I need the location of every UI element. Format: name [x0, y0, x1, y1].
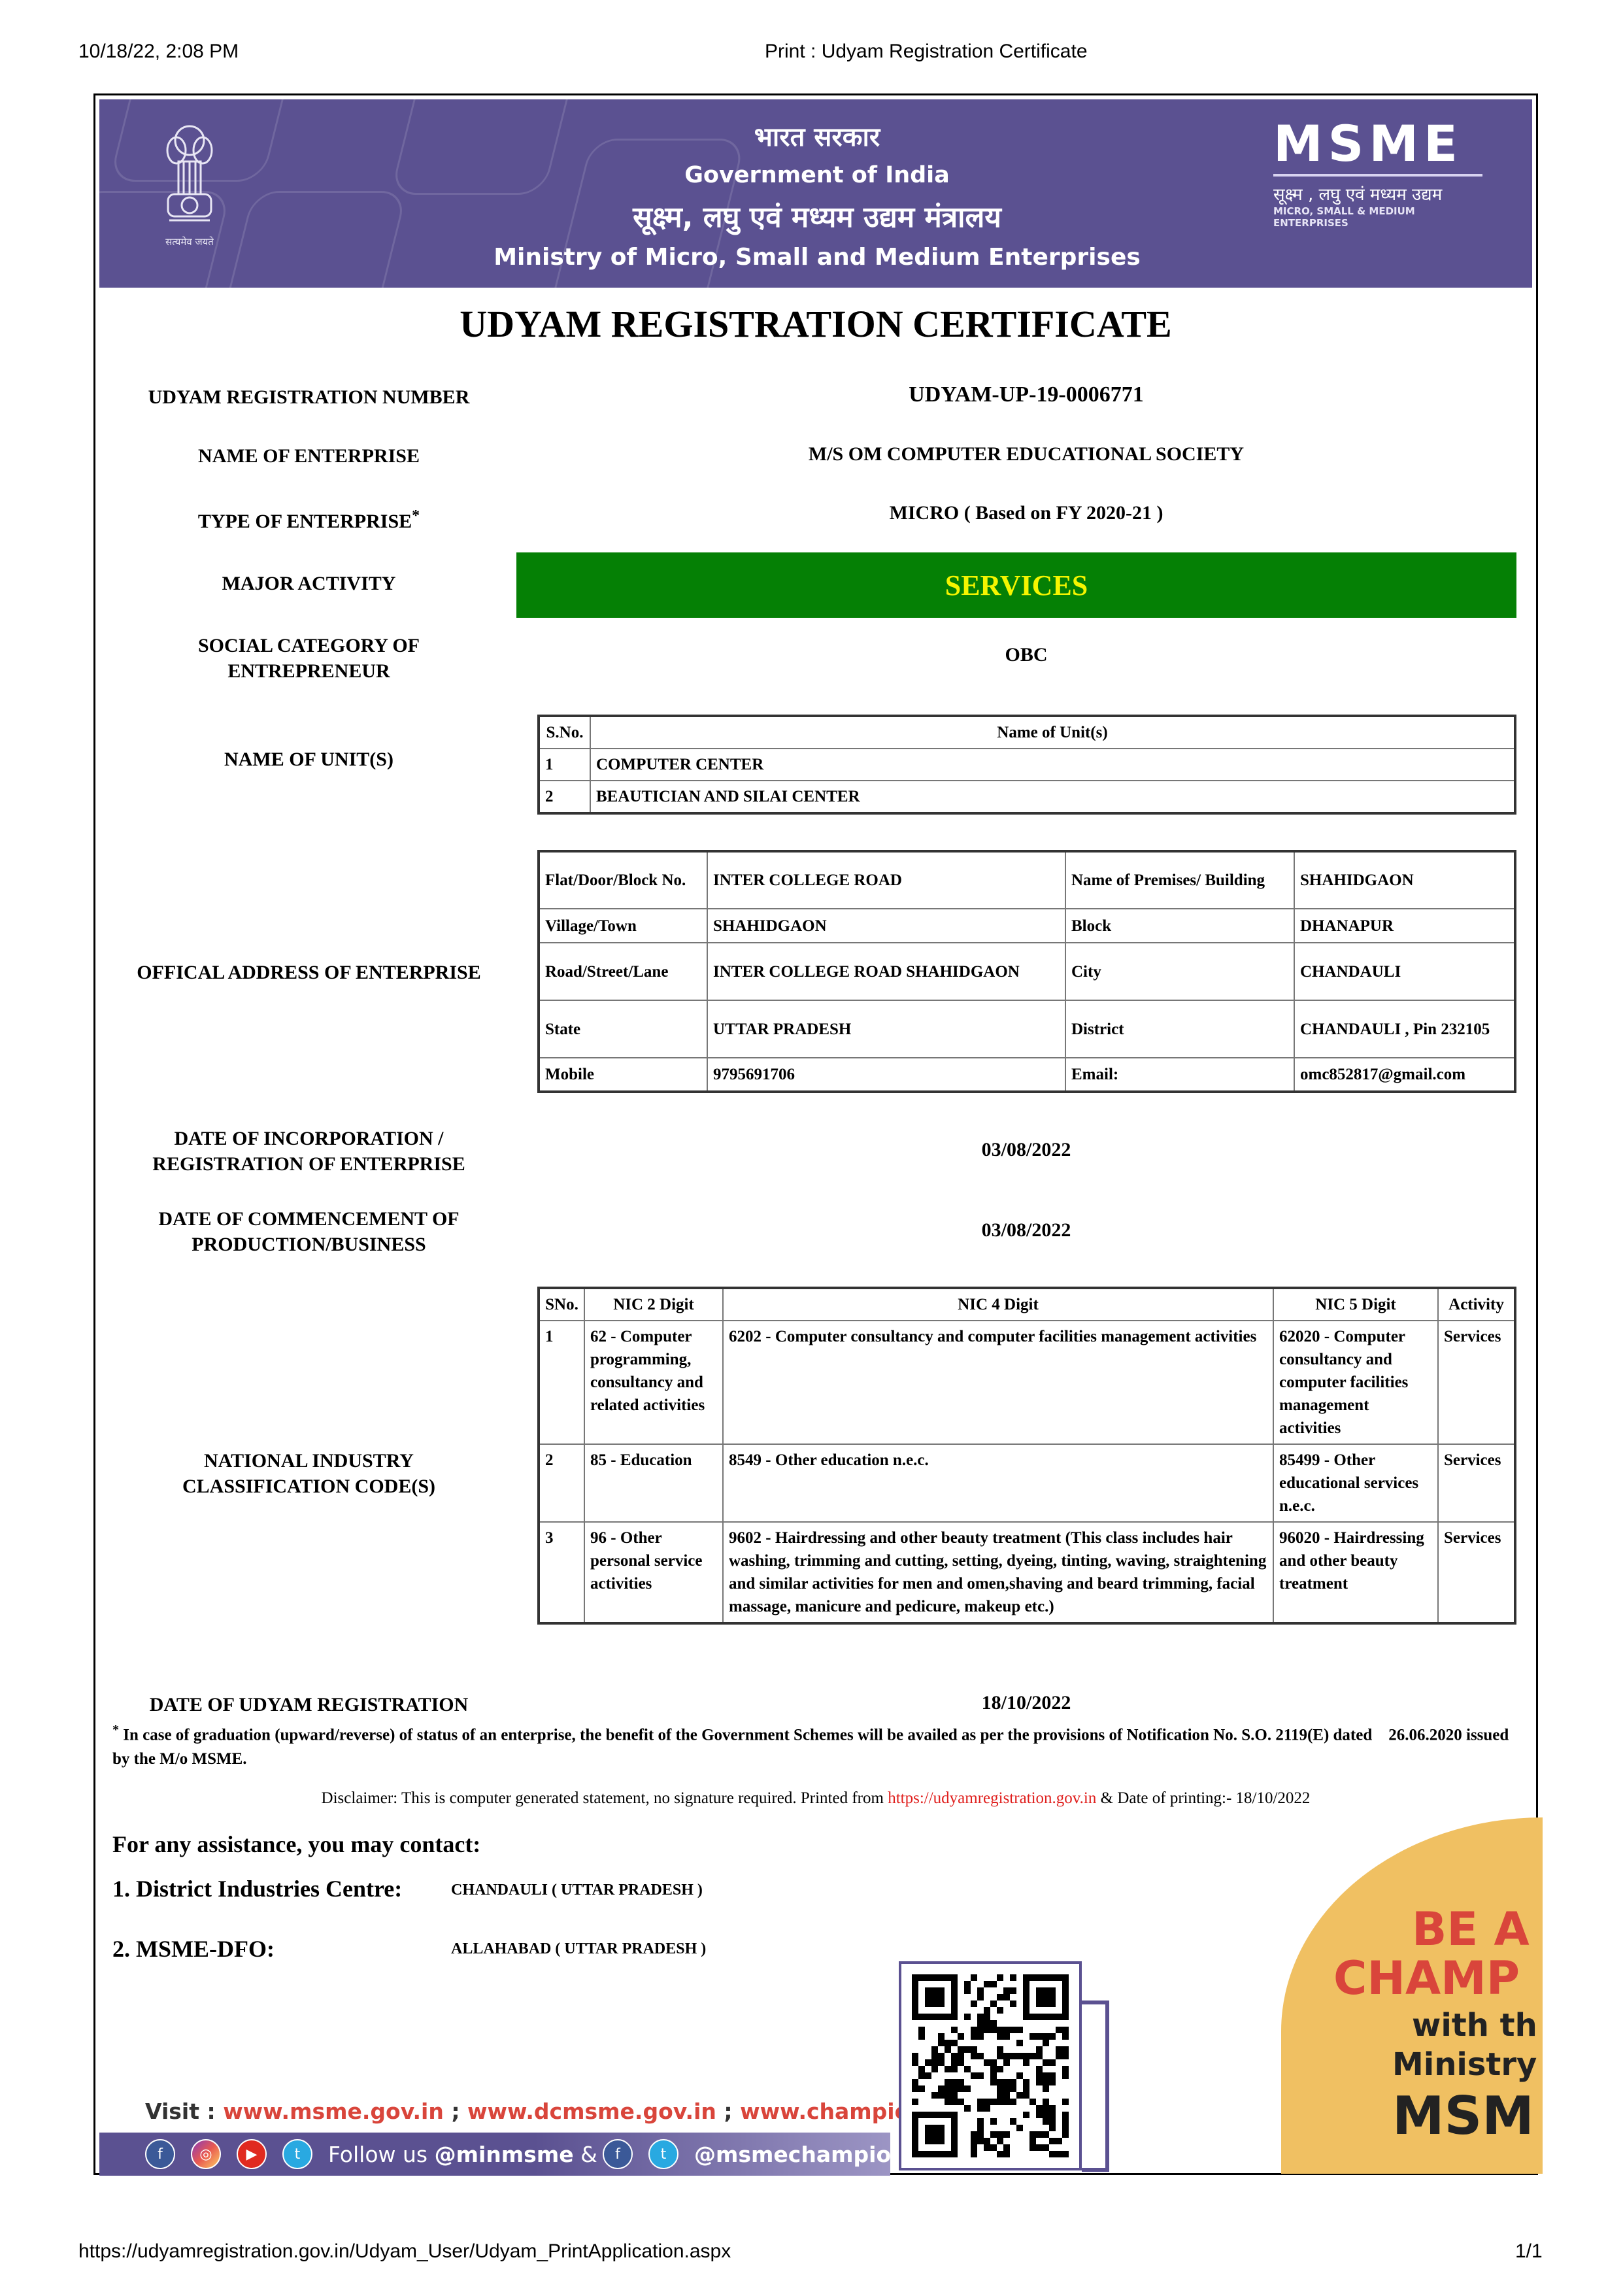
table-row: 2BEAUTICIAN AND SILAI CENTER	[539, 781, 1515, 813]
follow-text: Follow us @minmsme &	[328, 2142, 597, 2167]
address-field-label: Email:	[1065, 1058, 1294, 1092]
udyam-portal-link[interactable]: https://udyamregistration.gov.in	[888, 1789, 1096, 1807]
visit-sep: ;	[444, 2099, 467, 2124]
nic-activity: Services	[1438, 1522, 1515, 1623]
table-row: 162 - Computer programming, consultancy …	[539, 1321, 1515, 1444]
disclaimer: Disclaimer: This is computer generated s…	[93, 1789, 1538, 1808]
table-row: Mobile9795691706Email:omc852817@gmail.co…	[539, 1058, 1515, 1092]
unit-name: COMPUTER CENTER	[590, 749, 1515, 781]
follow-amp: &	[574, 2142, 597, 2167]
nic-2digit: 62 - Computer programming, consultancy a…	[584, 1321, 723, 1444]
footnote-marker: *	[112, 1723, 119, 1737]
disclaimer-prefix: Disclaimer: This is computer generated s…	[322, 1789, 888, 1807]
table-row: Flat/Door/Block No.INTER COLLEGE ROADNam…	[539, 851, 1515, 909]
nic-4digit: 9602 - Hairdressing and other beauty tre…	[723, 1522, 1273, 1623]
registration-number-value: UDYAM-UP-19-0006771	[516, 382, 1536, 407]
handle-minmsme[interactable]: @minmsme	[435, 2142, 574, 2167]
address-label: OFFICAL ADDRESS OF ENTERPRISE	[105, 960, 513, 985]
msme-logo: MSME सूक्ष्म , लघु एवं मध्यम उद्यम MICRO…	[1273, 118, 1482, 229]
units-table: S.No. Name of Unit(s) 1COMPUTER CENTER2B…	[537, 715, 1516, 815]
table-row: 396 - Other personal service activities9…	[539, 1522, 1515, 1623]
unit-sno: 2	[539, 781, 590, 813]
units-header-sno: S.No.	[539, 716, 590, 749]
udyam-date-label: DATE OF UDYAM REGISTRATION	[105, 1692, 513, 1717]
address-field-label: Block	[1065, 909, 1294, 943]
social-category-label-line1: SOCIAL CATEGORY OF	[105, 633, 513, 658]
footnote-text: In case of graduation (upward/reverse) o…	[112, 1726, 1513, 1768]
address-field-label: Village/Town	[539, 909, 707, 943]
address-field-value: SHAHIDGAON	[1294, 851, 1515, 909]
address-field-value: CHANDAULI	[1294, 943, 1515, 1000]
nic-4digit: 6202 - Computer consultancy and computer…	[723, 1321, 1273, 1444]
twitter-icon[interactable]: t	[282, 2139, 312, 2169]
major-activity-band: SERVICES	[516, 552, 1516, 618]
nic-activity: Services	[1438, 1321, 1515, 1444]
facebook-icon[interactable]: f	[603, 2139, 633, 2169]
social-category-label: SOCIAL CATEGORY OF ENTREPRENEUR	[105, 633, 513, 684]
nic-sno: 3	[539, 1522, 584, 1623]
commencement-date-label: DATE OF COMMENCEMENT OF PRODUCTION/BUSIN…	[105, 1206, 513, 1257]
handle-msmechampions[interactable]: @msmechampions	[694, 2142, 919, 2167]
msme-logo-letters: MSME	[1273, 118, 1482, 170]
print-footer-page: 1/1	[1515, 2240, 1543, 2263]
nic-header-4digit: NIC 4 Digit	[723, 1288, 1273, 1321]
nic-2digit: 85 - Education	[584, 1444, 723, 1522]
address-field-value: CHANDAULI , Pin 232105	[1294, 1000, 1515, 1058]
registration-number-label: UDYAM REGISTRATION NUMBER	[105, 384, 513, 410]
emblem-motto: सत्यमेव जयते	[160, 235, 219, 248]
dfo-label: 2. MSME-DFO:	[112, 1935, 275, 1963]
address-field-value: INTER COLLEGE ROAD SHAHIDGAON	[707, 943, 1065, 1000]
promo-line-1: BE A	[1412, 1902, 1530, 1956]
nic-header-sno: SNo.	[539, 1288, 584, 1321]
commencement-date-label-line2: PRODUCTION/BUSINESS	[105, 1232, 513, 1257]
table-row: 1COMPUTER CENTER	[539, 749, 1515, 781]
social-category-label-line2: ENTREPRENEUR	[105, 658, 513, 684]
follow-band: f ◎ ▶ t Follow us @minmsme & f t @msmech…	[99, 2133, 890, 2176]
banner-english-ministry: Ministry of Micro, Small and Medium Ente…	[490, 244, 1144, 271]
units-header-name: Name of Unit(s)	[590, 716, 1515, 749]
banner-hindi-gov: भारत सरकार	[490, 118, 1144, 154]
dfo-value: ALLAHABAD ( UTTAR PRADESH )	[451, 1940, 706, 1958]
address-field-label: State	[539, 1000, 707, 1058]
enterprise-type-label: TYPE OF ENTERPRISE*	[105, 503, 513, 534]
nic-sno: 2	[539, 1444, 584, 1522]
incorporation-date-label-line2: REGISTRATION OF ENTERPRISE	[105, 1151, 513, 1177]
promo-line-5: MSM	[1392, 2085, 1534, 2146]
msme-logo-rule	[1273, 174, 1482, 177]
address-field-label: Flat/Door/Block No.	[539, 851, 707, 909]
assistance-heading: For any assistance, you may contact:	[112, 1831, 480, 1858]
instagram-icon[interactable]: ◎	[191, 2139, 221, 2169]
address-field-label: Road/Street/Lane	[539, 943, 707, 1000]
address-field-value: SHAHIDGAON	[707, 909, 1065, 943]
nic-5digit: 85499 - Other educational services n.e.c…	[1273, 1444, 1438, 1522]
nic-label-line1: NATIONAL INDUSTRY	[105, 1448, 513, 1474]
nic-label: NATIONAL INDUSTRY CLASSIFICATION CODE(S)	[105, 1448, 513, 1499]
enterprise-type-value: MICRO ( Based on FY 2020-21 )	[516, 502, 1536, 524]
graduation-footnote: * In case of graduation (upward/reverse)…	[112, 1718, 1518, 1771]
table-row: Village/TownSHAHIDGAONBlockDHANAPUR	[539, 909, 1515, 943]
enterprise-name-label: NAME OF ENTERPRISE	[105, 443, 513, 469]
address-field-value: UTTAR PRADESH	[707, 1000, 1065, 1058]
msme-logo-english: MICRO, SMALL & MEDIUM ENTERPRISES	[1273, 205, 1482, 229]
address-field-value: omc852817@gmail.com	[1294, 1058, 1515, 1092]
nic-5digit: 62020 - Computer consultancy and compute…	[1273, 1321, 1438, 1444]
promo-line-4: Ministry	[1392, 2046, 1537, 2083]
banner-hindi-ministry: सूक्ष्म, लघु एवं मध्यम उद्यम मंत्रालय	[490, 196, 1144, 235]
table-row: StateUTTAR PRADESHDistrictCHANDAULI , Pi…	[539, 1000, 1515, 1058]
state-emblem-icon: सत्यमेव जयते	[160, 121, 219, 255]
table-row: 285 - Education8549 - Other education n.…	[539, 1444, 1515, 1522]
social-category-value: OBC	[516, 644, 1536, 666]
nic-2digit: 96 - Other personal service activities	[584, 1522, 723, 1623]
unit-sno: 1	[539, 749, 590, 781]
nic-5digit: 96020 - Hairdressing and other beauty tr…	[1273, 1522, 1438, 1623]
dic-value: CHANDAULI ( UTTAR PRADESH )	[451, 1882, 703, 1899]
visit-sep: ;	[716, 2099, 740, 2124]
certificate-title: UDYAM REGISTRATION CERTIFICATE	[93, 302, 1538, 346]
nic-sno: 1	[539, 1321, 584, 1444]
dic-label: 1. District Industries Centre:	[112, 1875, 402, 1902]
nic-header-activity: Activity	[1438, 1288, 1515, 1321]
incorporation-date-label: DATE OF INCORPORATION / REGISTRATION OF …	[105, 1126, 513, 1177]
address-field-value: INTER COLLEGE ROAD	[707, 851, 1065, 909]
msme-logo-hindi: सूक्ष्म , लघु एवं मध्यम उद्यम	[1273, 182, 1482, 205]
unit-name: BEAUTICIAN AND SILAI CENTER	[590, 781, 1515, 813]
print-footer-url: https://udyamregistration.gov.in/Udyam_U…	[78, 2240, 731, 2263]
table-row: Road/Street/LaneINTER COLLEGE ROAD SHAHI…	[539, 943, 1515, 1000]
qr-code-icon	[912, 1974, 1069, 2157]
units-label: NAME OF UNIT(S)	[105, 747, 513, 772]
qr-card	[899, 1961, 1082, 2170]
disclaimer-suffix: & Date of printing:- 18/10/2022	[1096, 1789, 1310, 1807]
banner-english-gov: Government of India	[490, 162, 1144, 188]
visit-links: Visit : www.msme.gov.in ; www.dcmsme.gov…	[145, 2099, 976, 2124]
incorporation-date-value: 03/08/2022	[516, 1139, 1536, 1161]
address-field-value: 9795691706	[707, 1058, 1065, 1092]
enterprise-name-value: M/S OM COMPUTER EDUCATIONAL SOCIETY	[516, 443, 1536, 465]
youtube-icon[interactable]: ▶	[237, 2139, 267, 2169]
nic-header-2digit: NIC 2 Digit	[584, 1288, 723, 1321]
promo-line-2: CHAMP	[1333, 1951, 1520, 2005]
link-msme[interactable]: www.msme.gov.in	[223, 2099, 444, 2124]
incorporation-date-label-line1: DATE OF INCORPORATION /	[105, 1126, 513, 1151]
nic-4digit: 8549 - Other education n.e.c.	[723, 1444, 1273, 1522]
link-dcmsme[interactable]: www.dcmsme.gov.in	[467, 2099, 716, 2124]
facebook-icon[interactable]: f	[145, 2139, 175, 2169]
print-datetime: 10/18/22, 2:08 PM	[78, 41, 239, 63]
address-field-label: Mobile	[539, 1058, 707, 1092]
commencement-date-label-line1: DATE OF COMMENCEMENT OF	[105, 1206, 513, 1232]
visit-prefix: Visit :	[145, 2099, 223, 2124]
nic-activity: Services	[1438, 1444, 1515, 1522]
major-activity-value: SERVICES	[945, 569, 1088, 602]
address-table: Flat/Door/Block No.INTER COLLEGE ROADNam…	[537, 850, 1516, 1093]
follow-label: Follow us	[328, 2142, 435, 2167]
address-field-label: City	[1065, 943, 1294, 1000]
address-field-value: DHANAPUR	[1294, 909, 1515, 943]
udyam-date-value: 18/10/2022	[516, 1692, 1536, 1714]
address-field-label: Name of Premises/ Building	[1065, 851, 1294, 909]
print-page-title: Print : Udyam Registration Certificate	[765, 41, 1088, 63]
nic-table: SNo. NIC 2 Digit NIC 4 Digit NIC 5 Digit…	[537, 1287, 1516, 1625]
address-field-label: District	[1065, 1000, 1294, 1058]
twitter-icon[interactable]: t	[648, 2139, 678, 2169]
asterisk-marker: *	[412, 507, 420, 524]
commencement-date-value: 03/08/2022	[516, 1219, 1536, 1241]
enterprise-type-label-text: TYPE OF ENTERPRISE	[198, 511, 412, 532]
major-activity-label: MAJOR ACTIVITY	[105, 571, 513, 596]
nic-header-5digit: NIC 5 Digit	[1273, 1288, 1438, 1321]
nic-label-line2: CLASSIFICATION CODE(S)	[105, 1474, 513, 1499]
promo-line-3: with th	[1412, 2007, 1537, 2044]
qr-card-tab	[1082, 2001, 1109, 2172]
